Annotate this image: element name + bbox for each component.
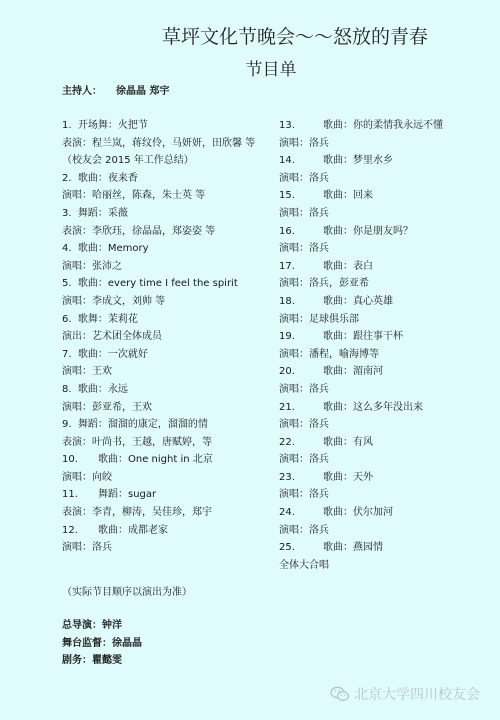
program-number: 12. [62, 522, 98, 540]
program-text: 歌曲：有风 [323, 437, 373, 448]
watermark: 北京大学四川校友会 [330, 684, 480, 704]
program-performer: 演唱：洛兵 [279, 416, 494, 434]
program-text: 表演：李青，柳涛，吴佳珍，郑宇 [62, 507, 212, 518]
program-text: 演唱：足球俱乐部 [279, 314, 359, 325]
program-number: 15. [279, 187, 323, 205]
program-number: 24. [279, 504, 323, 522]
program-performer: 演唱：洛兵 [279, 486, 494, 504]
program-number: 7. [62, 346, 72, 364]
page-title: 草坪文化节晚会～～怒放的青春 [0, 22, 500, 49]
program-item: 8. 歌曲：永远 [62, 381, 272, 399]
host-names: 徐晶晶 郑宇 [116, 86, 169, 97]
program-number: 11. [62, 486, 98, 504]
order-note: （实际节目顺序以演出为准） [62, 583, 192, 598]
program-item: 4. 歌曲：Memory [62, 240, 272, 258]
program-item: 2. 歌曲：夜来香 [62, 170, 272, 188]
program-text: 歌曲：梦里水乡 [323, 155, 393, 166]
program-text: 演唱：向皎 [62, 472, 112, 483]
credits: 总导演：钟洋 舞台监督：徐晶晶 剧务：瞿懿雯 [62, 617, 142, 670]
program-performer: 演唱：洛兵 [279, 522, 494, 540]
program-number: 10. [62, 451, 98, 469]
program-text: 歌曲：湄南河 [323, 366, 383, 377]
program-performer: 演唱：洛兵 [279, 451, 494, 469]
program-performer: 演唱：彭亚希，王欢 [62, 399, 272, 417]
program-performer: 演唱：向皎 [62, 469, 272, 487]
program-item: 25.歌曲：燕园情 [279, 539, 494, 557]
program-performer: 演唱：洛兵，彭亚希 [279, 275, 494, 293]
program-item: 10.歌曲：One night in 北京 [62, 451, 272, 469]
program-item: 3. 舞蹈：采薇 [62, 205, 272, 223]
program-item: 12.歌曲：成都老家 [62, 522, 272, 540]
program-text: 歌曲：天外 [323, 472, 373, 483]
watermark-text: 北京大学四川校友会 [354, 684, 480, 704]
program-item: 23.歌曲：天外 [279, 469, 494, 487]
program-number: 6. [62, 311, 72, 329]
program-performer: 表演：叶尚书，王越，唐赋婷，等 [62, 434, 272, 452]
program-number: 21. [279, 399, 323, 417]
program-performer: 演唱：哈丽丝，陈森，朱士英 等 [62, 187, 272, 205]
program-text: 演唱：哈丽丝，陈森，朱士英 等 [62, 190, 205, 201]
program-number: 4. [62, 240, 72, 258]
program-text: 歌曲：永远 [78, 384, 128, 395]
program-performer: 全体大合唱 [279, 557, 494, 575]
host-label: 主持人： [62, 86, 102, 97]
program-number: 2. [62, 170, 72, 188]
program-text: 歌曲：One night in 北京 [98, 454, 213, 465]
program-text: 歌曲：成都老家 [98, 525, 168, 536]
program-list-left: 1. 开场舞：火把节表演：程兰岚，蒋纹伶，马妍妍，田欣馨 等（校友会 2015 … [62, 117, 272, 557]
program-item: 19.歌曲：跟往事干杯 [279, 328, 494, 346]
credit-stage-manager: 舞台监督：徐晶晶 [62, 635, 142, 653]
program-performer: 演唱：李成文，刘帅 等 [62, 293, 272, 311]
program-item: 24.歌曲：伏尔加河 [279, 504, 494, 522]
program-text: 表演：李欣珏，徐晶晶，郑姿姿 等 [62, 226, 215, 237]
program-performer: 演唱：潘程，喻海博等 [279, 346, 494, 364]
program-text: 歌曲：真心英雄 [323, 296, 393, 307]
program-number: 3. [62, 205, 72, 223]
program-item: 22.歌曲：有风 [279, 434, 494, 452]
program-item: 21.歌曲：这么多年没出来 [279, 399, 494, 417]
program-text: 开场舞：火把节 [78, 120, 148, 131]
program-performer: 表演：李欣珏，徐晶晶，郑姿姿 等 [62, 223, 272, 241]
program-text: 演唱：彭亚希，王欢 [62, 402, 152, 413]
program-performer: 演唱：洛兵 [279, 240, 494, 258]
program-text: 歌曲：伏尔加河 [323, 507, 393, 518]
page-subtitle: 节目单 [0, 55, 500, 80]
program-number: 17. [279, 258, 323, 276]
program-text: 歌曲：夜来香 [78, 173, 138, 184]
program-item: 14.歌曲：梦里水乡 [279, 152, 494, 170]
program-performer: 表演：程兰岚，蒋纹伶，马妍妍，田欣馨 等 [62, 135, 272, 153]
program-number: 13. [279, 117, 323, 135]
program-item: 5. 歌曲：every time I feel the spirit [62, 275, 272, 293]
program-text: 歌曲：every time I feel the spirit [78, 278, 238, 289]
program-performer: 演唱：王欢 [62, 363, 272, 381]
program-performer: 表演：李青，柳涛，吴佳珍，郑宇 [62, 504, 272, 522]
program-performer: 演唱：足球俱乐部 [279, 311, 494, 329]
program-item: 13.歌曲：你的柔情我永远不懂 [279, 117, 494, 135]
program-text: 演唱：张沛之 [62, 261, 122, 272]
program-number: 23. [279, 469, 323, 487]
program-item: 9. 舞蹈：溜溜的康定，溜溜的情 [62, 416, 272, 434]
program-number: 9. [62, 416, 72, 434]
wechat-icon [330, 686, 350, 702]
host-line: 主持人：徐晶晶 郑宇 [62, 82, 169, 97]
program-number: 1. [62, 117, 72, 135]
program-number: 18. [279, 293, 323, 311]
program-list-right: 13.歌曲：你的柔情我永远不懂演唱：洛兵14.歌曲：梦里水乡演唱：洛兵15.歌曲… [279, 117, 494, 574]
credit-director: 总导演：钟洋 [62, 617, 142, 635]
program-item: 11.舞蹈：sugar [62, 486, 272, 504]
program-number: 16. [279, 223, 323, 241]
program-text: 表演：叶尚书，王越，唐赋婷，等 [62, 437, 212, 448]
program-item: 7. 歌曲：一次就好 [62, 346, 272, 364]
program-text: 歌舞：茉莉花 [78, 314, 138, 325]
program-performer: 演唱：洛兵 [279, 205, 494, 223]
program-text: 演唱：洛兵 [279, 454, 329, 465]
program-text: 演唱：洛兵 [279, 138, 329, 149]
program-number: 20. [279, 363, 323, 381]
program-text: 舞蹈：溜溜的康定，溜溜的情 [78, 419, 208, 430]
program-text: 歌曲：表白 [323, 261, 373, 272]
program-text: 演唱：李成文，刘帅 等 [62, 296, 165, 307]
program-text: 演唱：洛兵 [279, 419, 329, 430]
program-text: 歌曲：Memory [78, 243, 149, 254]
program-item: 6. 歌舞：茉莉花 [62, 311, 272, 329]
program-item: 17.歌曲：表白 [279, 258, 494, 276]
program-text: 全体大合唱 [279, 560, 329, 571]
program-text: 演唱：洛兵 [279, 489, 329, 500]
program-text: 歌曲：你的柔情我永远不懂 [323, 120, 443, 131]
credit-stage-affairs: 剧务：瞿懿雯 [62, 652, 142, 670]
program-number: 25. [279, 539, 323, 557]
program-item: 20.歌曲：湄南河 [279, 363, 494, 381]
program-text: 演唱：洛兵 [62, 542, 112, 553]
program-item: 15.歌曲：回来 [279, 187, 494, 205]
program-item: 16.歌曲：你是朋友吗？ [279, 223, 494, 241]
program-text: 演唱：洛兵 [279, 173, 329, 184]
program-text: 演唱：潘程，喻海博等 [279, 349, 379, 360]
program-text: 歌曲：你是朋友吗？ [323, 226, 413, 237]
program-item: 1. 开场舞：火把节 [62, 117, 272, 135]
program-text: 演唱：洛兵 [279, 243, 329, 254]
program-performer: 演唱：洛兵 [62, 539, 272, 557]
program-item: 18.歌曲：真心英雄 [279, 293, 494, 311]
program-performer: （校友会 2015 年工作总结） [62, 152, 272, 170]
program-performer: 演唱：洛兵 [279, 381, 494, 399]
program-number: 19. [279, 328, 323, 346]
program-text: 歌曲：回来 [323, 190, 373, 201]
program-text: 舞蹈：sugar [98, 489, 156, 500]
program-performer: 演唱：洛兵 [279, 135, 494, 153]
program-text: 演唱：洛兵，彭亚希 [279, 278, 369, 289]
program-text: 歌曲：一次就好 [78, 349, 148, 360]
program-performer: 演出：艺术团全体成员 [62, 328, 272, 346]
program-text: 演出：艺术团全体成员 [62, 331, 162, 342]
program-text: 演唱：洛兵 [279, 525, 329, 536]
program-performer: 演唱：张沛之 [62, 258, 272, 276]
program-number: 14. [279, 152, 323, 170]
program-performer: 演唱：洛兵 [279, 170, 494, 188]
program-text: 歌曲：跟往事干杯 [323, 331, 403, 342]
program-text: 表演：程兰岚，蒋纹伶，马妍妍，田欣馨 等 [62, 138, 255, 149]
program-number: 22. [279, 434, 323, 452]
program-number: 8. [62, 381, 72, 399]
program-text: 歌曲：燕园情 [323, 542, 383, 553]
program-text: （校友会 2015 年工作总结） [62, 155, 194, 166]
program-number: 5. [62, 275, 72, 293]
program-text: 舞蹈：采薇 [78, 208, 128, 219]
program-text: 演唱：王欢 [62, 366, 112, 377]
program-text: 歌曲：这么多年没出来 [323, 402, 423, 413]
program-text: 演唱：洛兵 [279, 384, 329, 395]
program-text: 演唱：洛兵 [279, 208, 329, 219]
